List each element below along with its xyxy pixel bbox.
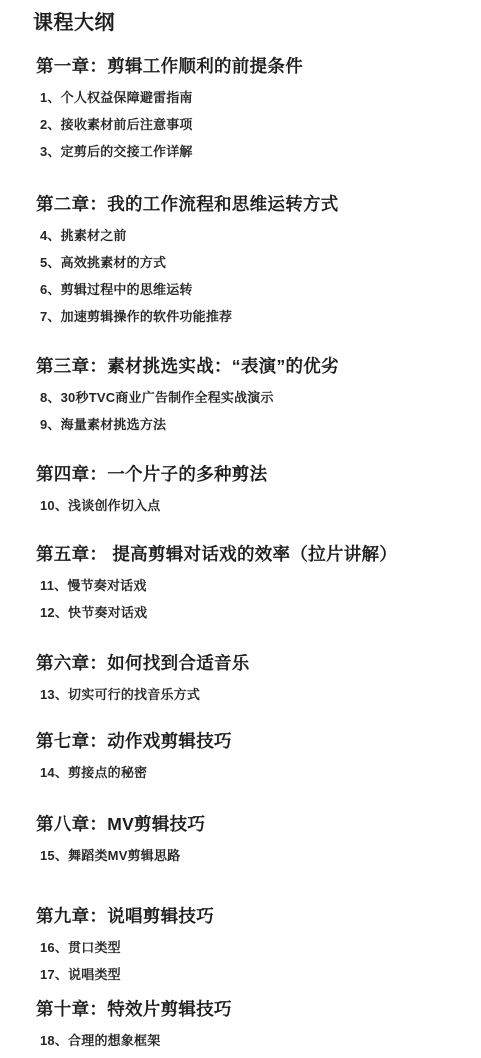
- chapter-title: 第四章：一个片子的多种剪法: [36, 464, 461, 484]
- lesson-item: 16、贯口类型: [40, 941, 461, 955]
- page-title: 课程大纲: [33, 13, 461, 33]
- chapter-title: 第二章：我的工作流程和思维运转方式: [36, 194, 461, 214]
- lesson-list: 4、挑素材之前 5、高效挑素材的方式 6、剪辑过程中的思维运转 7、加速剪辑操作…: [33, 229, 461, 324]
- lesson-item: 17、说唱类型: [40, 968, 461, 982]
- lesson-item: 14、剪接点的秘密: [40, 766, 461, 780]
- chapter-title: 第九章：说唱剪辑技巧: [36, 906, 461, 926]
- lesson-item: 11、慢节奏对话戏: [40, 579, 461, 593]
- lesson-list: 18、合理的想象框架: [33, 1034, 461, 1048]
- course-outline-page: 课程大纲 第一章：剪辑工作顺利的前提条件 1、个人权益保障避雷指南 2、接收素材…: [0, 0, 481, 1058]
- chapter-title: 第七章：动作戏剪辑技巧: [36, 731, 461, 751]
- lesson-item: 6、剪辑过程中的思维运转: [40, 283, 461, 297]
- chapter-title: 第三章：素材挑选实战：“表演”的优劣: [36, 356, 461, 376]
- lesson-item: 7、加速剪辑操作的软件功能推荐: [40, 310, 461, 324]
- chapter-title: 第一章：剪辑工作顺利的前提条件: [36, 56, 461, 76]
- lesson-list: 1、个人权益保障避雷指南 2、接收素材前后注意事项 3、定剪后的交接工作详解: [33, 91, 461, 159]
- lesson-item: 8、30秒TVC商业广告制作全程实战演示: [40, 391, 461, 405]
- chapter-section-3: 第三章：素材挑选实战：“表演”的优劣 8、30秒TVC商业广告制作全程实战演示 …: [33, 356, 461, 432]
- lesson-item: 12、快节奏对话戏: [40, 606, 461, 620]
- lesson-item: 3、定剪后的交接工作详解: [40, 145, 461, 159]
- lesson-item: 4、挑素材之前: [40, 229, 461, 243]
- lesson-item: 9、海量素材挑选方法: [40, 418, 461, 432]
- chapter-section-9: 第九章：说唱剪辑技巧 16、贯口类型 17、说唱类型: [33, 906, 461, 982]
- lesson-item: 2、接收素材前后注意事项: [40, 118, 461, 132]
- lesson-item: 1、个人权益保障避雷指南: [40, 91, 461, 105]
- chapter-section-10: 第十章：特效片剪辑技巧 18、合理的想象框架: [33, 999, 461, 1048]
- lesson-list: 14、剪接点的秘密: [33, 766, 461, 780]
- lesson-list: 15、舞蹈类MV剪辑思路: [33, 849, 461, 863]
- chapter-section-8: 第八章：MV剪辑技巧 15、舞蹈类MV剪辑思路: [33, 814, 461, 863]
- chapter-section-4: 第四章：一个片子的多种剪法 10、浅谈创作切入点: [33, 464, 461, 513]
- chapter-section-6: 第六章：如何找到合适音乐 13、切实可行的找音乐方式: [33, 653, 461, 702]
- chapter-section-7: 第七章：动作戏剪辑技巧 14、剪接点的秘密: [33, 731, 461, 780]
- lesson-item: 18、合理的想象框架: [40, 1034, 461, 1048]
- lesson-item: 13、切实可行的找音乐方式: [40, 688, 461, 702]
- chapter-section-1: 第一章：剪辑工作顺利的前提条件 1、个人权益保障避雷指南 2、接收素材前后注意事…: [33, 56, 461, 159]
- chapter-title: 第六章：如何找到合适音乐: [36, 653, 461, 673]
- lesson-list: 10、浅谈创作切入点: [33, 499, 461, 513]
- lesson-list: 16、贯口类型 17、说唱类型: [33, 941, 461, 982]
- lesson-item: 10、浅谈创作切入点: [40, 499, 461, 513]
- lesson-list: 8、30秒TVC商业广告制作全程实战演示 9、海量素材挑选方法: [33, 391, 461, 432]
- lesson-item: 5、高效挑素材的方式: [40, 256, 461, 270]
- lesson-list: 11、慢节奏对话戏 12、快节奏对话戏: [33, 579, 461, 620]
- chapter-title: 第八章：MV剪辑技巧: [36, 814, 461, 834]
- chapter-title: 第十章：特效片剪辑技巧: [36, 999, 461, 1019]
- chapter-section-5: 第五章： 提高剪辑对话戏的效率（拉片讲解） 11、慢节奏对话戏 12、快节奏对话…: [33, 544, 461, 620]
- lesson-item: 15、舞蹈类MV剪辑思路: [40, 849, 461, 863]
- lesson-list: 13、切实可行的找音乐方式: [33, 688, 461, 702]
- chapter-section-2: 第二章：我的工作流程和思维运转方式 4、挑素材之前 5、高效挑素材的方式 6、剪…: [33, 194, 461, 324]
- chapter-title: 第五章： 提高剪辑对话戏的效率（拉片讲解）: [36, 544, 461, 564]
